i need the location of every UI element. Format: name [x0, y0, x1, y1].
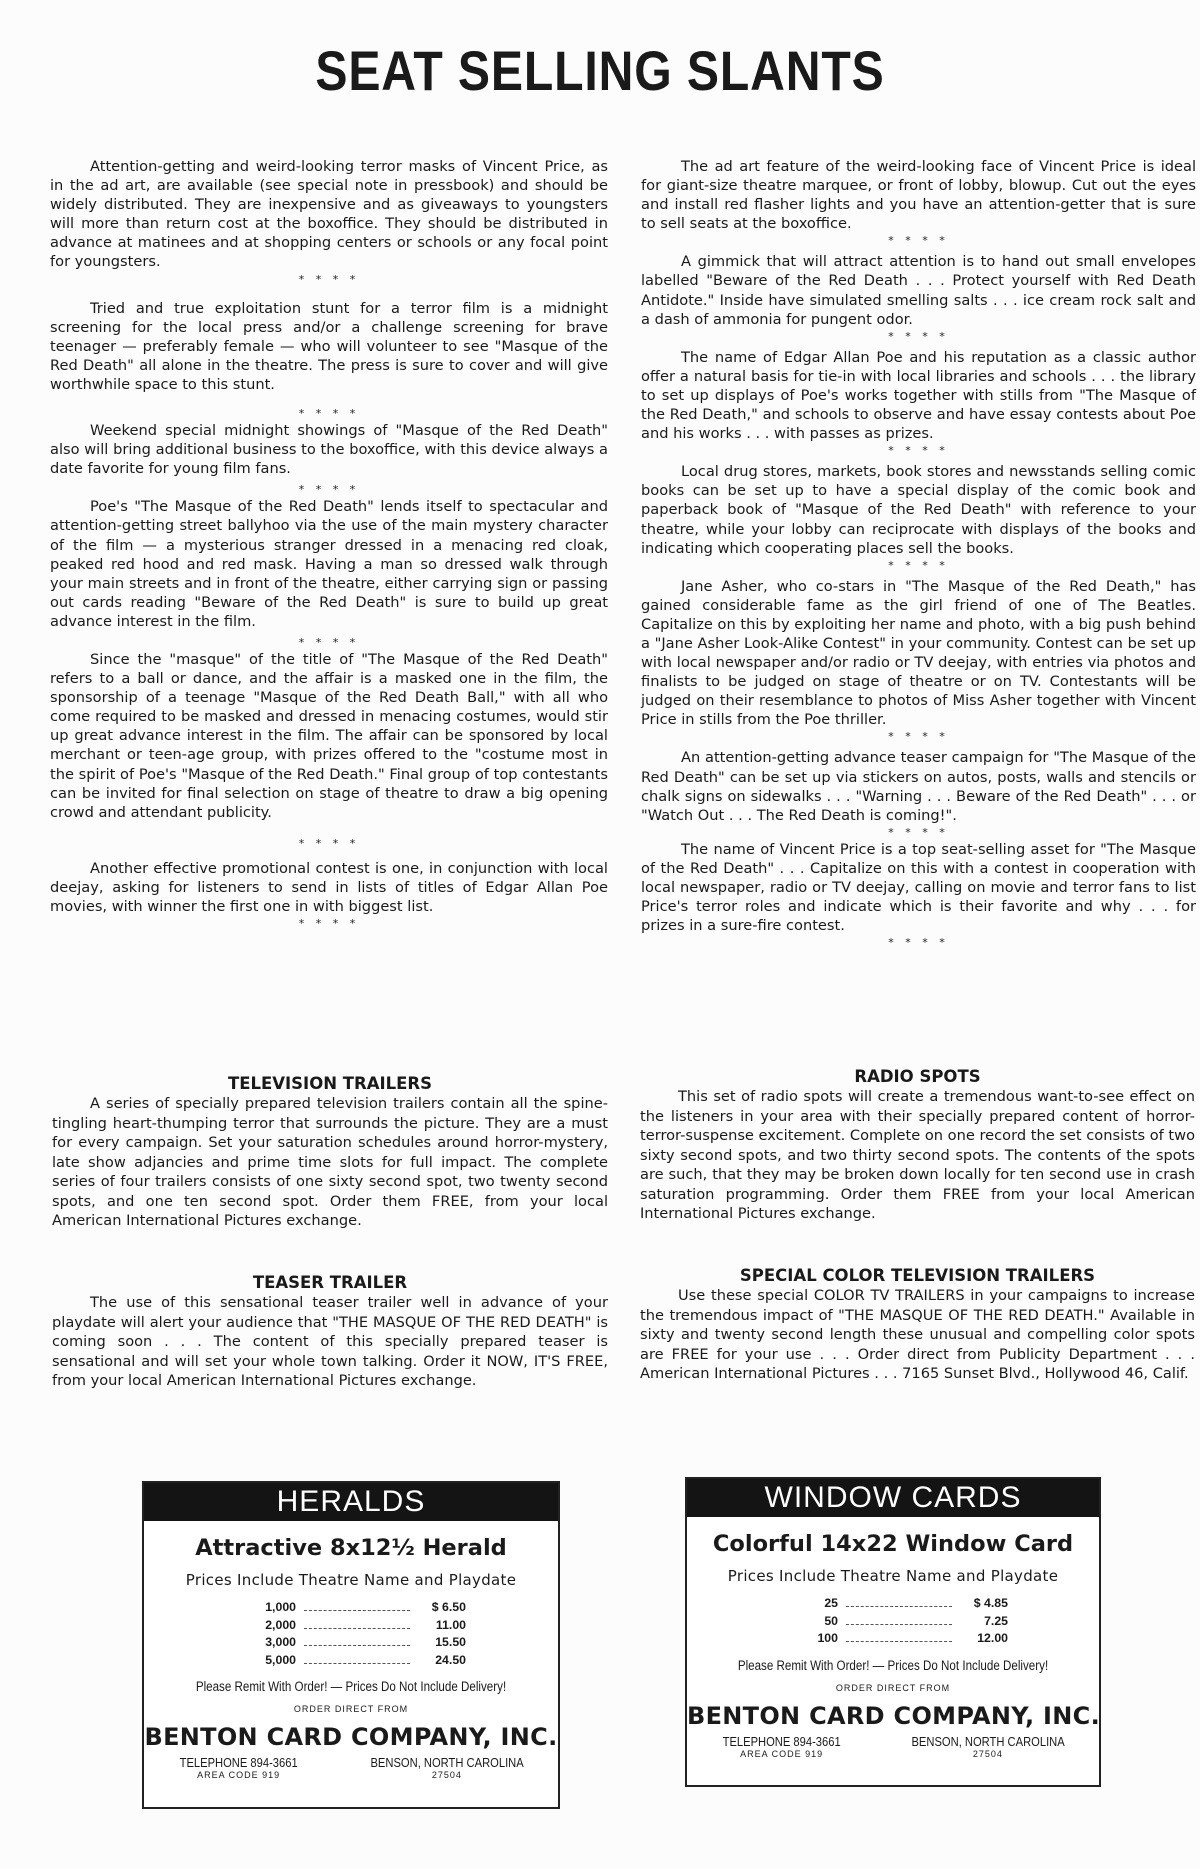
separator: * * * * — [641, 825, 1196, 840]
paragraph: A gimmick that will attract attention is… — [641, 252, 1196, 328]
paragraph: Since the "masque" of the title of "The … — [50, 650, 608, 822]
tv-trailers-section: TELEVISION TRAILERS A series of speciall… — [52, 1073, 608, 1231]
window-cards-ad-box: WINDOW CARDS Colorful 14x22 Window Card … — [685, 1477, 1101, 1787]
left-column: Attention-getting and weird-looking terr… — [50, 157, 608, 931]
price-row: 10012.00 — [778, 1630, 1008, 1648]
area-code: AREA CODE 919 — [713, 1749, 850, 1759]
separator: * * * * — [641, 233, 1196, 248]
order-direct-label: ORDER DIRECT FROM — [687, 1683, 1099, 1693]
remit-note: Please Remit With Order! — Prices Do Not… — [716, 1658, 1070, 1673]
window-cards-headline: Colorful 14x22 Window Card — [687, 1531, 1099, 1557]
heralds-price-list: 1,000$ 6.50 2,00011.00 3,00015.50 5,0002… — [236, 1599, 466, 1669]
remit-note: Please Remit With Order! — Prices Do Not… — [173, 1679, 529, 1694]
separator: * * * * — [50, 406, 608, 421]
separator: * * * * — [641, 935, 1196, 950]
separator: * * * * — [50, 482, 608, 497]
heralds-ad-box: HERALDS Attractive 8x12½ Herald Prices I… — [142, 1481, 560, 1809]
paragraph: Tried and true exploitation stunt for a … — [50, 299, 608, 394]
price-row: 1,000$ 6.50 — [236, 1599, 466, 1617]
separator: * * * * — [50, 836, 608, 851]
price-row: 5,00024.50 — [236, 1652, 466, 1670]
paragraph: An attention-getting advance teaser camp… — [641, 748, 1196, 824]
window-cards-subline: Prices Include Theatre Name and Playdate — [687, 1567, 1099, 1585]
window-cards-price-list: 25$ 4.85 507.25 10012.00 — [778, 1595, 1008, 1648]
order-direct-label: ORDER DIRECT FROM — [144, 1704, 558, 1714]
teaser-trailer-section: TEASER TRAILER The use of this sensation… — [52, 1272, 608, 1391]
paragraph: The ad art feature of the weird-looking … — [641, 157, 1196, 233]
city: BENSON, NORTH CAROLINA — [370, 1755, 523, 1770]
heralds-banner: HERALDS — [144, 1483, 558, 1521]
area-code: AREA CODE 919 — [170, 1770, 307, 1780]
telephone: TELEPHONE 894-3661 — [180, 1755, 298, 1770]
paragraph: Another effective promotional contest is… — [50, 859, 608, 916]
separator: * * * * — [641, 329, 1196, 344]
zip: 27504 — [358, 1770, 536, 1780]
color-tv-trailers-section: SPECIAL COLOR TELEVISION TRAILERS Use th… — [640, 1265, 1195, 1384]
window-cards-banner: WINDOW CARDS — [687, 1479, 1099, 1517]
city: BENSON, NORTH CAROLINA — [911, 1734, 1064, 1749]
paragraph: Weekend special midnight showings of "Ma… — [50, 421, 608, 478]
separator: * * * * — [50, 916, 608, 931]
section-heading: SPECIAL COLOR TELEVISION TRAILERS — [640, 1265, 1195, 1286]
section-body: A series of specially prepared televisio… — [52, 1094, 608, 1231]
heralds-headline: Attractive 8x12½ Herald — [144, 1535, 558, 1561]
heralds-subline: Prices Include Theatre Name and Playdate — [144, 1571, 558, 1589]
section-heading: TEASER TRAILER — [52, 1272, 608, 1293]
paragraph: The name of Vincent Price is a top seat-… — [641, 840, 1196, 935]
section-heading: RADIO SPOTS — [640, 1066, 1195, 1087]
section-body: Use these special COLOR TV TRAILERS in y… — [640, 1286, 1195, 1384]
zip: 27504 — [899, 1749, 1077, 1759]
right-column: The ad art feature of the weird-looking … — [641, 157, 1196, 950]
price-row: 25$ 4.85 — [778, 1595, 1008, 1613]
section-body: This set of radio spots will create a tr… — [640, 1087, 1195, 1224]
paragraph: Jane Asher, who co-stars in "The Masque … — [641, 577, 1196, 730]
separator: * * * * — [641, 443, 1196, 458]
telephone: TELEPHONE 894-3661 — [723, 1734, 841, 1749]
separator: * * * * — [641, 558, 1196, 573]
company-name: BENTON CARD COMPANY, INC. — [687, 1702, 1099, 1730]
page-title: SEAT SELLING SLANTS — [84, 38, 1116, 103]
section-heading: TELEVISION TRAILERS — [52, 1073, 608, 1094]
paragraph: Attention-getting and weird-looking terr… — [50, 157, 608, 272]
price-row: 2,00011.00 — [236, 1617, 466, 1635]
section-body: The use of this sensational teaser trail… — [52, 1293, 608, 1391]
price-row: 3,00015.50 — [236, 1634, 466, 1652]
paragraph: Local drug stores, markets, book stores … — [641, 462, 1196, 557]
company-contact: TELEPHONE 894-3661AREA CODE 919 BENSON, … — [687, 1730, 1099, 1759]
separator: * * * * — [641, 729, 1196, 744]
radio-spots-section: RADIO SPOTS This set of radio spots will… — [640, 1066, 1195, 1224]
paragraph: The name of Edgar Allan Poe and his repu… — [641, 348, 1196, 443]
separator: * * * * — [50, 272, 608, 287]
price-row: 507.25 — [778, 1613, 1008, 1631]
separator: * * * * — [50, 635, 608, 650]
paragraph: Poe's "The Masque of the Red Death" lend… — [50, 497, 608, 631]
company-name: BENTON CARD COMPANY, INC. — [144, 1723, 558, 1751]
company-contact: TELEPHONE 894-3661AREA CODE 919 BENSON, … — [144, 1751, 558, 1780]
